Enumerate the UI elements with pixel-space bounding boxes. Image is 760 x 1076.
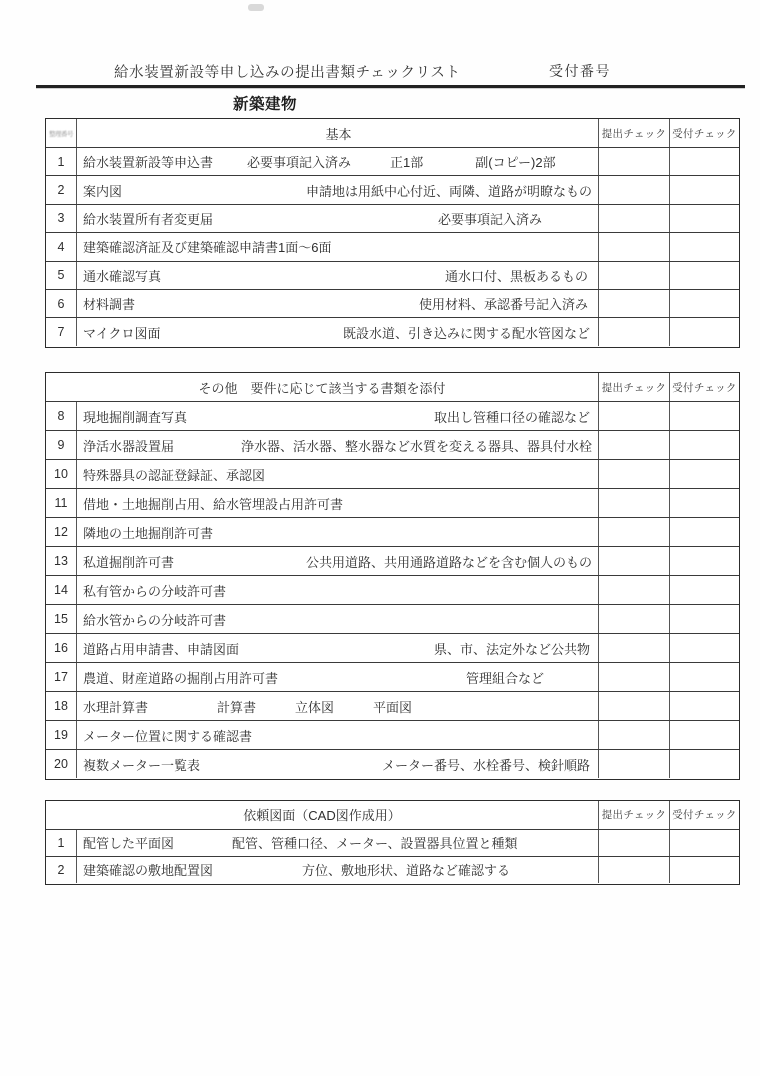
item-note: 必要事項記入済み bbox=[438, 209, 594, 228]
item-name: 案内図 bbox=[83, 181, 122, 200]
table-row: 6材料調書使用材料、承認番号記入済み bbox=[46, 289, 739, 317]
item-name: 配管した平面図 bbox=[83, 833, 174, 852]
table-row: 17農道、財産道路の掘削占用許可書管理組合など bbox=[46, 662, 739, 691]
table-row: 1給水装置新設等申込書必要事項記入済み 正1部 副(コピー)2部 bbox=[46, 147, 739, 175]
submit-check-cell bbox=[598, 489, 669, 517]
item-name: 給水装置所有者変更届 bbox=[83, 209, 213, 228]
item-note: 浄水器、活水器、整水器など水質を変える器具、器具付水栓 bbox=[241, 436, 594, 455]
row-number: 9 bbox=[46, 431, 76, 459]
item-cell: マイクロ図面既設水道、引き込みに関する配水管図など bbox=[76, 318, 598, 345]
item-cell: 私道掘削許可書公共用道路、共用通路道路などを含む個人のもの bbox=[76, 547, 598, 575]
row-number: 6 bbox=[46, 290, 76, 317]
number-column-header: 整理番号 bbox=[46, 119, 76, 147]
item-note: 必要事項記入済み 正1部 副(コピー)2部 bbox=[247, 152, 556, 171]
receive-check-header: 受付チェック bbox=[669, 373, 739, 401]
receive-check-cell bbox=[669, 318, 739, 345]
item-cell: 道路占用申請書、申請図面県、市、法定外など公共物 bbox=[76, 634, 598, 662]
submit-check-cell bbox=[598, 460, 669, 488]
row-number: 14 bbox=[46, 576, 76, 604]
submit-check-cell bbox=[598, 518, 669, 546]
item-note: 公共用道路、共用通路道路などを含む個人のもの bbox=[306, 552, 594, 571]
submit-check-cell bbox=[598, 605, 669, 633]
item-note: 方位、敷地形状、道路など確認する bbox=[302, 860, 510, 879]
section-heading-new-building: 新築建物 bbox=[233, 92, 297, 114]
table-row: 18水理計算書計算書 立体図 平面図 bbox=[46, 691, 739, 720]
item-note: 既設水道、引き込みに関する配水管図など bbox=[343, 323, 594, 342]
item-name: 給水装置新設等申込書 bbox=[83, 152, 213, 171]
receive-check-cell bbox=[669, 431, 739, 459]
submit-check-cell bbox=[598, 290, 669, 317]
row-number: 15 bbox=[46, 605, 76, 633]
receive-check-cell bbox=[669, 547, 739, 575]
receive-check-cell bbox=[669, 692, 739, 720]
item-name: 隣地の土地掘削許可書 bbox=[83, 523, 213, 542]
receive-check-cell bbox=[669, 205, 739, 232]
receive-check-cell bbox=[669, 233, 739, 260]
row-number: 10 bbox=[46, 460, 76, 488]
row-number: 12 bbox=[46, 518, 76, 546]
submit-check-cell bbox=[598, 318, 669, 345]
item-note: 通水口付、黒板あるもの bbox=[445, 266, 594, 285]
receive-check-cell bbox=[669, 402, 739, 430]
item-note: 取出し管種口径の確認など bbox=[434, 407, 594, 426]
receive-check-cell bbox=[669, 460, 739, 488]
submit-check-cell bbox=[598, 830, 669, 856]
title-underline bbox=[36, 85, 745, 88]
table-row: 2案内図申請地は用紙中心付近、両隣、道路が明瞭なもの bbox=[46, 175, 739, 203]
row-number: 5 bbox=[46, 262, 76, 289]
item-cell: 案内図申請地は用紙中心付近、両隣、道路が明瞭なもの bbox=[76, 176, 598, 203]
row-number: 13 bbox=[46, 547, 76, 575]
receive-check-cell bbox=[669, 857, 739, 883]
table-row: 13私道掘削許可書公共用道路、共用通路道路などを含む個人のもの bbox=[46, 546, 739, 575]
submit-check-cell bbox=[598, 148, 669, 175]
submit-check-cell bbox=[598, 176, 669, 203]
submit-check-cell bbox=[598, 205, 669, 232]
item-cell: 特殊器具の認証登録証、承認図 bbox=[76, 460, 598, 488]
item-name: 建築確認の敷地配置図 bbox=[83, 860, 213, 879]
table-title-cell: 基本 bbox=[76, 119, 598, 147]
table-row: 2建築確認の敷地配置図方位、敷地形状、道路など確認する bbox=[46, 856, 739, 883]
table-row: 20複数メーター一覧表メーター番号、水栓番号、検針順路 bbox=[46, 749, 739, 778]
row-number: 2 bbox=[46, 176, 76, 203]
item-note: 計算書 立体図 平面図 bbox=[217, 697, 412, 716]
row-number: 20 bbox=[46, 750, 76, 778]
receive-check-cell bbox=[669, 576, 739, 604]
checklist-table-other: その他 要件に応じて該当する書類を添付提出チェック受付チェック8現地掘削調査写真… bbox=[45, 372, 740, 780]
item-cell: 現地掘削調査写真取出し管種口径の確認など bbox=[76, 402, 598, 430]
item-name: 給水管からの分岐許可書 bbox=[83, 610, 226, 629]
item-cell: 給水装置所有者変更届必要事項記入済み bbox=[76, 205, 598, 232]
receive-check-cell bbox=[669, 148, 739, 175]
submit-check-cell bbox=[598, 721, 669, 749]
item-name: 農道、財産道路の掘削占用許可書 bbox=[83, 668, 278, 687]
submit-check-header: 提出チェック bbox=[598, 119, 669, 147]
submit-check-header: 提出チェック bbox=[598, 801, 669, 829]
receive-check-cell bbox=[669, 663, 739, 691]
item-cell: 水理計算書計算書 立体図 平面図 bbox=[76, 692, 598, 720]
item-cell: 通水確認写真通水口付、黒板あるもの bbox=[76, 262, 598, 289]
submit-check-cell bbox=[598, 547, 669, 575]
row-number: 19 bbox=[46, 721, 76, 749]
receipt-number-label: 受付番号 bbox=[549, 61, 611, 81]
table-row: 9浄活水器設置届浄水器、活水器、整水器など水質を変える器具、器具付水栓 bbox=[46, 430, 739, 459]
receive-check-cell bbox=[669, 290, 739, 317]
item-note: メーター番号、水栓番号、検針順路 bbox=[382, 755, 594, 774]
receive-check-cell bbox=[669, 634, 739, 662]
table-row: 8現地掘削調査写真取出し管種口径の確認など bbox=[46, 401, 739, 430]
submit-check-cell bbox=[598, 634, 669, 662]
item-name: 特殊器具の認証登録証、承認図 bbox=[83, 465, 265, 484]
item-name: 私有管からの分岐許可書 bbox=[83, 581, 226, 600]
table-row: 4建築確認済証及び建築確認申請書1面～6面 bbox=[46, 232, 739, 260]
table-row: 15給水管からの分岐許可書 bbox=[46, 604, 739, 633]
item-note: 配管、管種口径、メーター、設置器具位置と種類 bbox=[232, 833, 517, 852]
item-cell: 材料調書使用材料、承認番号記入済み bbox=[76, 290, 598, 317]
submit-check-cell bbox=[598, 431, 669, 459]
submit-check-header: 提出チェック bbox=[598, 373, 669, 401]
receive-check-cell bbox=[669, 830, 739, 856]
submit-check-cell bbox=[598, 402, 669, 430]
row-number: 18 bbox=[46, 692, 76, 720]
table-row: 12隣地の土地掘削許可書 bbox=[46, 517, 739, 546]
submit-check-cell bbox=[598, 857, 669, 883]
row-number: 8 bbox=[46, 402, 76, 430]
item-cell: メーター位置に関する確認書 bbox=[76, 721, 598, 749]
table-header-row: その他 要件に応じて該当する書類を添付提出チェック受付チェック bbox=[46, 373, 739, 401]
receive-check-cell bbox=[669, 262, 739, 289]
submit-check-cell bbox=[598, 663, 669, 691]
table-row: 1配管した平面図配管、管種口径、メーター、設置器具位置と種類 bbox=[46, 829, 739, 856]
item-cell: 建築確認の敷地配置図方位、敷地形状、道路など確認する bbox=[76, 857, 598, 883]
submit-check-cell bbox=[598, 692, 669, 720]
submit-check-cell bbox=[598, 262, 669, 289]
item-name: メーター位置に関する確認書 bbox=[83, 726, 252, 745]
item-cell: 複数メーター一覧表メーター番号、水栓番号、検針順路 bbox=[76, 750, 598, 778]
submit-check-cell bbox=[598, 750, 669, 778]
scan-artifact bbox=[248, 4, 264, 11]
item-name: 複数メーター一覧表 bbox=[83, 755, 200, 774]
item-cell: 浄活水器設置届浄水器、活水器、整水器など水質を変える器具、器具付水栓 bbox=[76, 431, 598, 459]
row-number: 16 bbox=[46, 634, 76, 662]
table-row: 19メーター位置に関する確認書 bbox=[46, 720, 739, 749]
table-header-row: 依頼図面（CAD図作成用）提出チェック受付チェック bbox=[46, 801, 739, 829]
item-cell: 給水管からの分岐許可書 bbox=[76, 605, 598, 633]
scanned-checklist-page: 給水装置新設等申し込みの提出書類チェックリスト 受付番号 新築建物 整理番号基本… bbox=[0, 0, 760, 1076]
row-number: 1 bbox=[46, 830, 76, 856]
receive-check-cell bbox=[669, 518, 739, 546]
table-row: 16道路占用申請書、申請図面県、市、法定外など公共物 bbox=[46, 633, 739, 662]
row-number: 3 bbox=[46, 205, 76, 232]
checklist-table-cad: 依頼図面（CAD図作成用）提出チェック受付チェック1配管した平面図配管、管種口径… bbox=[45, 800, 740, 885]
table-row: 7マイクロ図面既設水道、引き込みに関する配水管図など bbox=[46, 317, 739, 345]
submit-check-cell bbox=[598, 576, 669, 604]
row-number: 11 bbox=[46, 489, 76, 517]
table-row: 10特殊器具の認証登録証、承認図 bbox=[46, 459, 739, 488]
item-cell: 隣地の土地掘削許可書 bbox=[76, 518, 598, 546]
table-row: 14私有管からの分岐許可書 bbox=[46, 575, 739, 604]
row-number: 17 bbox=[46, 663, 76, 691]
document-title: 給水装置新設等申し込みの提出書類チェックリスト bbox=[114, 61, 461, 82]
submit-check-cell bbox=[598, 233, 669, 260]
item-cell: 私有管からの分岐許可書 bbox=[76, 576, 598, 604]
receive-check-cell bbox=[669, 721, 739, 749]
item-name: 私道掘削許可書 bbox=[83, 552, 174, 571]
table-title-cell: その他 要件に応じて該当する書類を添付 bbox=[46, 373, 598, 401]
item-name: 建築確認済証及び建築確認申請書1面～6面 bbox=[83, 237, 331, 256]
row-number: 4 bbox=[46, 233, 76, 260]
table-header-row: 整理番号基本提出チェック受付チェック bbox=[46, 119, 739, 147]
item-cell: 農道、財産道路の掘削占用許可書管理組合など bbox=[76, 663, 598, 691]
receive-check-cell bbox=[669, 176, 739, 203]
receive-check-cell bbox=[669, 489, 739, 517]
row-number: 2 bbox=[46, 857, 76, 883]
item-name: 水理計算書 bbox=[83, 697, 148, 716]
item-name: 材料調書 bbox=[83, 294, 135, 313]
item-note: 管理組合など bbox=[466, 668, 594, 687]
table-title-cell: 依頼図面（CAD図作成用） bbox=[46, 801, 598, 829]
table-row: 11借地・土地掘削占用、給水管埋設占用許可書 bbox=[46, 488, 739, 517]
item-cell: 配管した平面図配管、管種口径、メーター、設置器具位置と種類 bbox=[76, 830, 598, 856]
item-name: 現地掘削調査写真 bbox=[83, 407, 187, 426]
item-note: 県、市、法定外など公共物 bbox=[434, 639, 594, 658]
item-name: 借地・土地掘削占用、給水管埋設占用許可書 bbox=[83, 494, 343, 513]
row-number: 1 bbox=[46, 148, 76, 175]
item-cell: 建築確認済証及び建築確認申請書1面～6面 bbox=[76, 233, 598, 260]
item-note: 申請地は用紙中心付近、両隣、道路が明瞭なもの bbox=[306, 181, 594, 200]
checklist-table-basic: 整理番号基本提出チェック受付チェック1給水装置新設等申込書必要事項記入済み 正1… bbox=[45, 118, 740, 348]
table-row: 3給水装置所有者変更届必要事項記入済み bbox=[46, 204, 739, 232]
item-name: 道路占用申請書、申請図面 bbox=[83, 639, 239, 658]
item-name: 通水確認写真 bbox=[83, 266, 161, 285]
item-name: マイクロ図面 bbox=[83, 323, 160, 342]
receive-check-cell bbox=[669, 605, 739, 633]
row-number: 7 bbox=[46, 318, 76, 345]
receive-check-cell bbox=[669, 750, 739, 778]
receive-check-header: 受付チェック bbox=[669, 119, 739, 147]
receive-check-header: 受付チェック bbox=[669, 801, 739, 829]
table-row: 5通水確認写真通水口付、黒板あるもの bbox=[46, 261, 739, 289]
item-cell: 給水装置新設等申込書必要事項記入済み 正1部 副(コピー)2部 bbox=[76, 148, 598, 175]
item-cell: 借地・土地掘削占用、給水管埋設占用許可書 bbox=[76, 489, 598, 517]
item-name: 浄活水器設置届 bbox=[83, 436, 174, 455]
item-note: 使用材料、承認番号記入済み bbox=[419, 294, 594, 313]
